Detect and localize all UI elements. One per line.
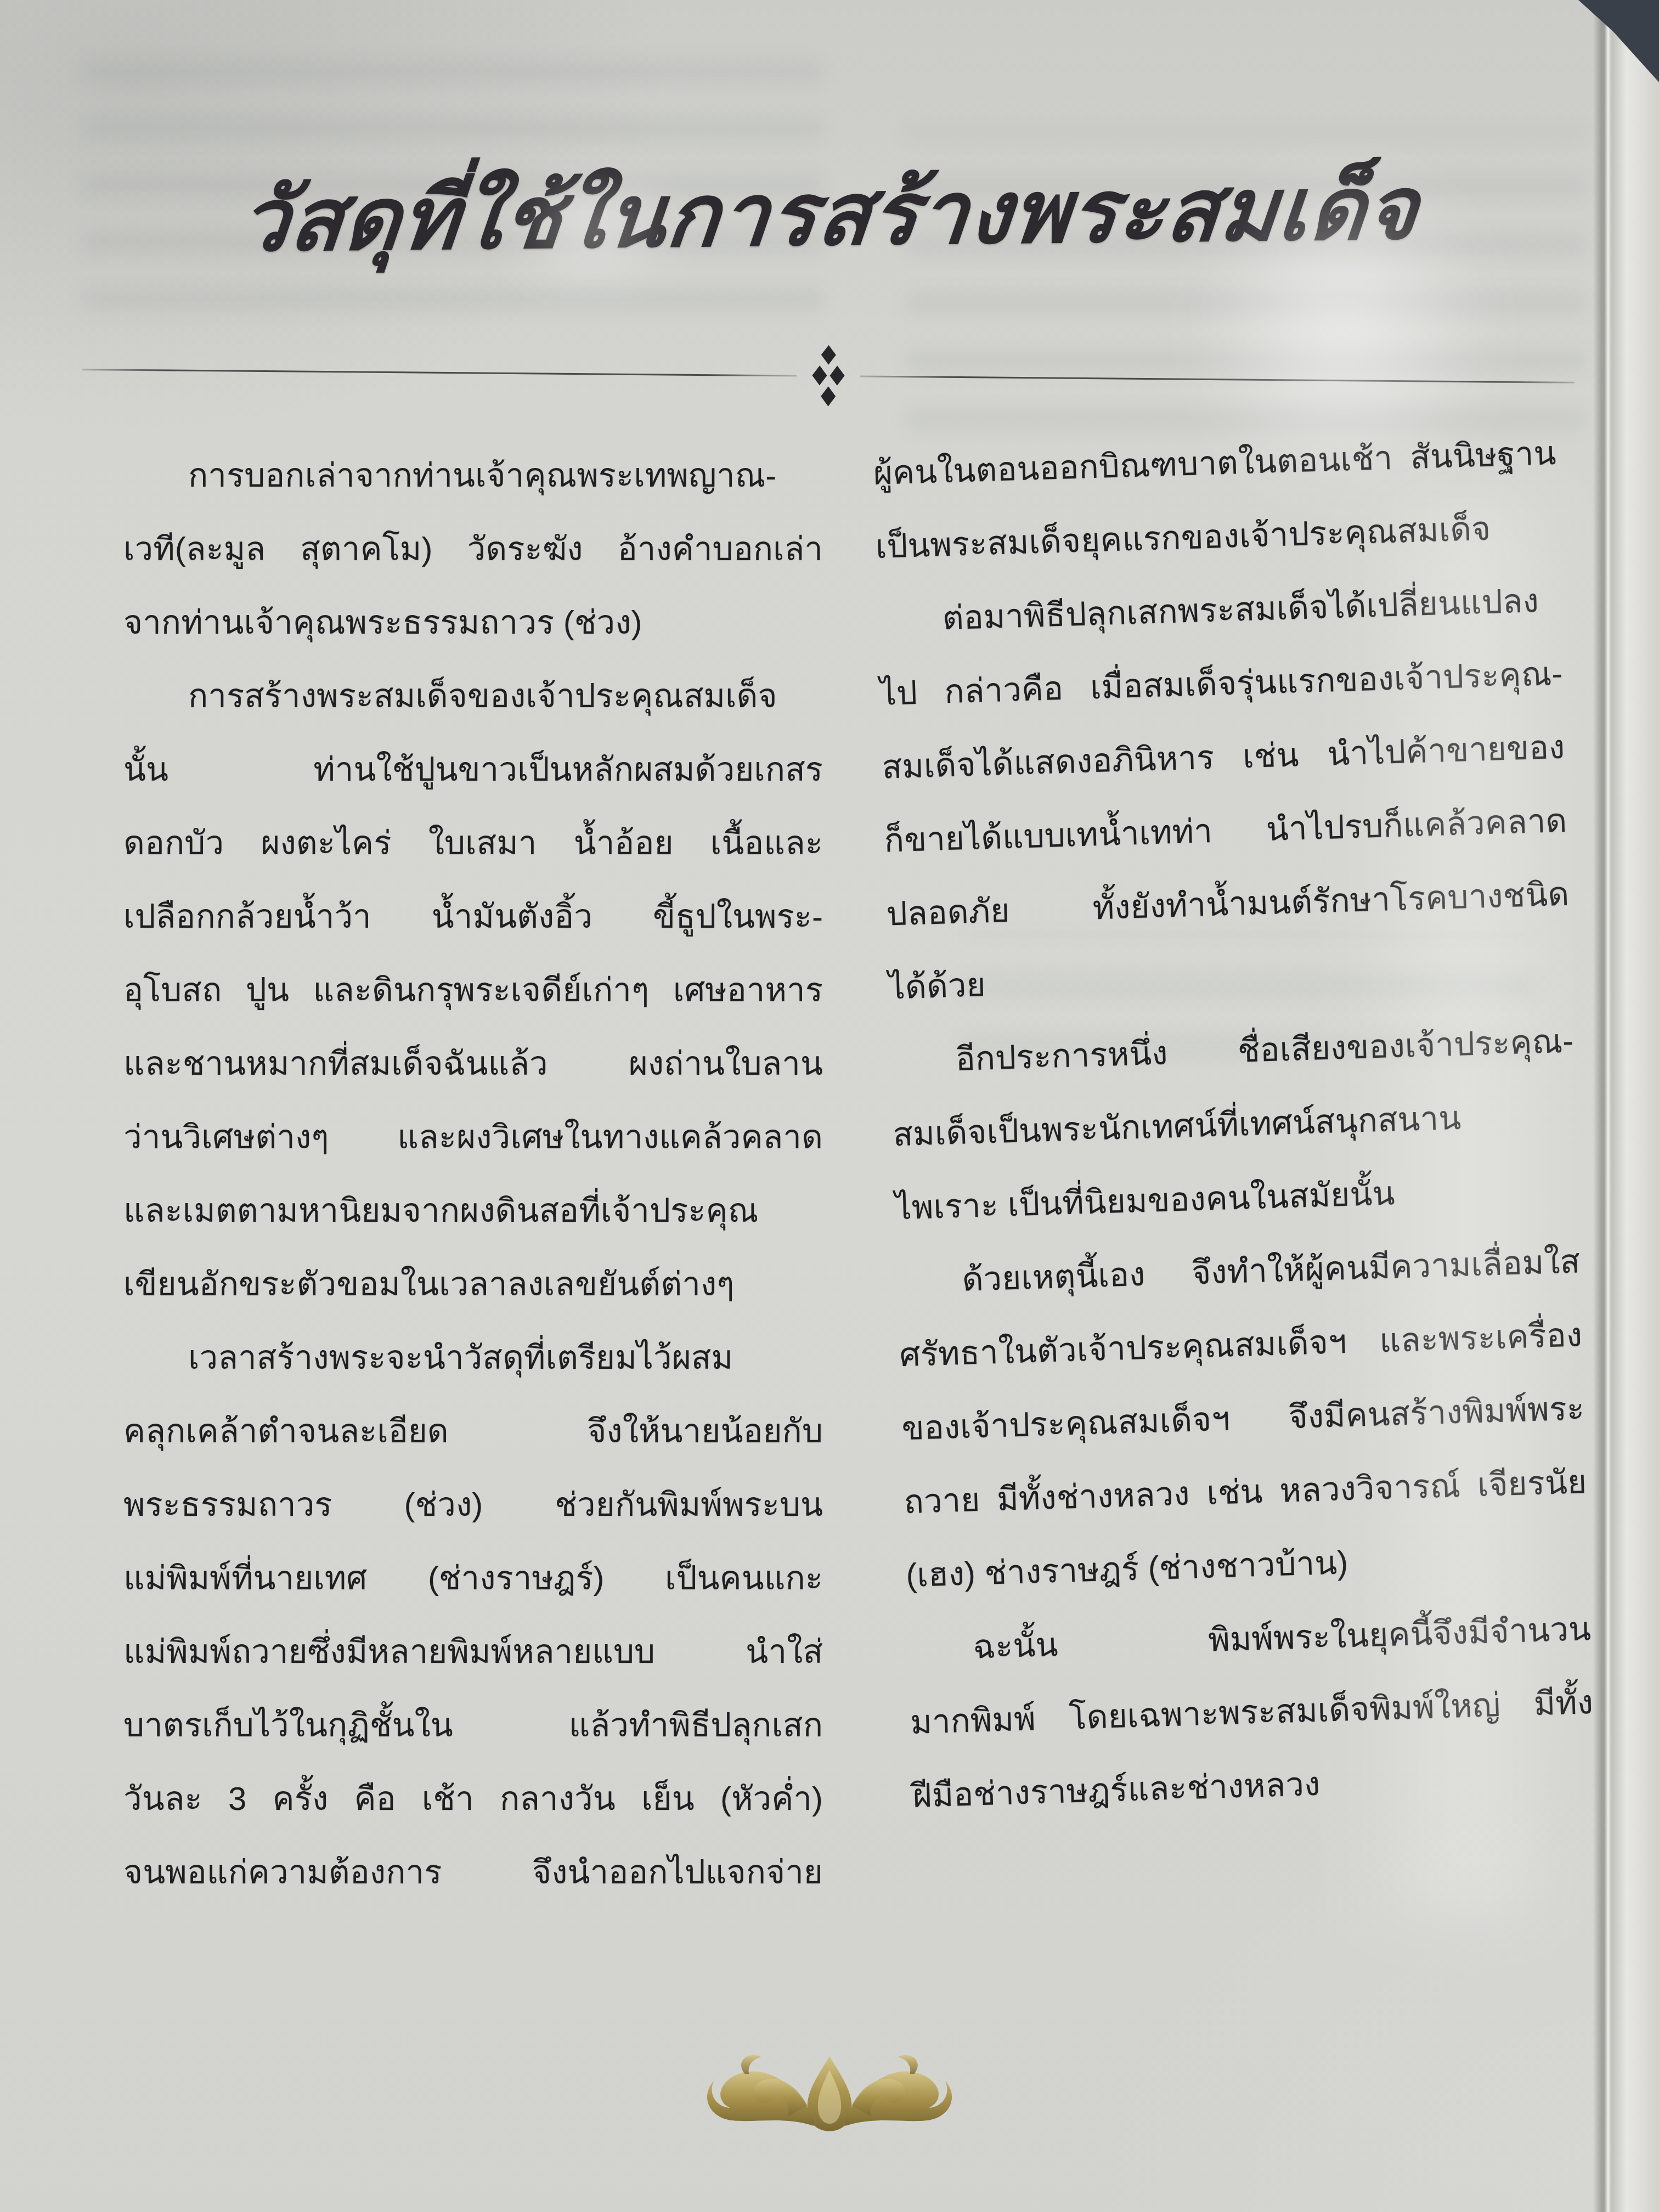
- text-line: แม่พิมพ์ถวายซึ่งมีหลายพิมพ์หลายแบบ นำใส่: [123, 1615, 823, 1689]
- text-line: การสร้างพระสมเด็จของเจ้าประคุณสมเด็จ: [123, 659, 823, 733]
- page-title: วัสดุที่ใช้ในการสร้างพระสมเด็จ: [194, 158, 1465, 271]
- text-line: คลุกเคล้าตำจนละเอียด จึงให้นายน้อยกับ: [123, 1395, 823, 1468]
- page-edge-crease: [1593, 0, 1612, 2212]
- text-line: จากท่านเจ้าคุณพระธรรมถาวร (ช่วง): [123, 586, 823, 659]
- divider-rule-right: [860, 375, 1575, 383]
- text-line: และชานหมากที่สมเด็จฉันแล้ว ผงถ่านใบลาน: [123, 1027, 823, 1101]
- text-line: บาตรเก็บไว้ในกุฏิชั้นใน แล้วทำพิธีปลุกเส…: [123, 1689, 823, 1762]
- text-line: เวลาสร้างพระจะนำวัสดุที่เตรียมไว้ผสม: [123, 1321, 823, 1395]
- title-divider: [82, 336, 1575, 415]
- text-line: พระธรรมถาวร (ช่วง) ช่วยกันพิมพ์พระบน: [123, 1468, 823, 1542]
- book-page: วัสดุที่ใช้ในการสร้างพระสมเด็จ การบอกเล่…: [0, 0, 1659, 2212]
- diamond-cluster-icon: [811, 345, 847, 408]
- text-line: จนพอแก่ความต้องการ จึงนำออกไปแจกจ่าย: [123, 1836, 823, 1909]
- text-line: ว่านวิเศษต่างๆ และผงวิเศษในทางแคล้วคลาด: [123, 1101, 823, 1174]
- text-line: และเมตตามหานิยมจากผงดินสอที่เจ้าประคุณ: [123, 1174, 823, 1248]
- text-line: วันละ 3 ครั้ง คือ เช้า กลางวัน เย็น (หัว…: [123, 1762, 823, 1836]
- text-line: นั้น ท่านใช้ปูนขาวเป็นหลักผสมด้วยเกสร: [123, 733, 823, 806]
- text-line: เวที(ละมูล สุตาคโม) วัดระฆัง อ้างคำบอกเล…: [123, 512, 823, 586]
- right-column: ผู้คนในตอนออกบิณฑบาตในตอนเช้า สันนิษฐาน …: [872, 416, 1599, 1906]
- text-line: เขียนอักขระตัวขอมในเวลาลงเลขยันต์ต่างๆ: [123, 1248, 823, 1321]
- text-columns: การบอกเล่าจากท่านเจ้าคุณพระเทพญาณ- เวที(…: [123, 439, 1555, 1909]
- book-page-photo: วัสดุที่ใช้ในการสร้างพระสมเด็จ การบอกเล่…: [0, 0, 1659, 2212]
- text-line: อุโบสถ ปูน และดินกรุพระเจดีย์เก่าๆ เศษอา…: [123, 953, 823, 1027]
- next-page-edge: [1609, 0, 1659, 2212]
- text-line: แม่พิมพ์ที่นายเทศ (ช่างราษฎร์) เป็นคนแกะ: [123, 1542, 823, 1615]
- divider-rule-left: [82, 369, 797, 376]
- text-line: ดอกบัว ผงตะไคร่ ใบเสมา น้ำอ้อย เนื้อและ: [123, 806, 823, 880]
- text-line: เปลือกกล้วยน้ำว้า น้ำมันตังอิ้ว ขี้ธูปใน…: [123, 880, 823, 953]
- left-column: การบอกเล่าจากท่านเจ้าคุณพระเทพญาณ- เวที(…: [123, 439, 823, 1909]
- text-line: การบอกเล่าจากท่านเจ้าคุณพระเทพญาณ-: [123, 439, 823, 512]
- golden-lotus-icon: [681, 2023, 978, 2138]
